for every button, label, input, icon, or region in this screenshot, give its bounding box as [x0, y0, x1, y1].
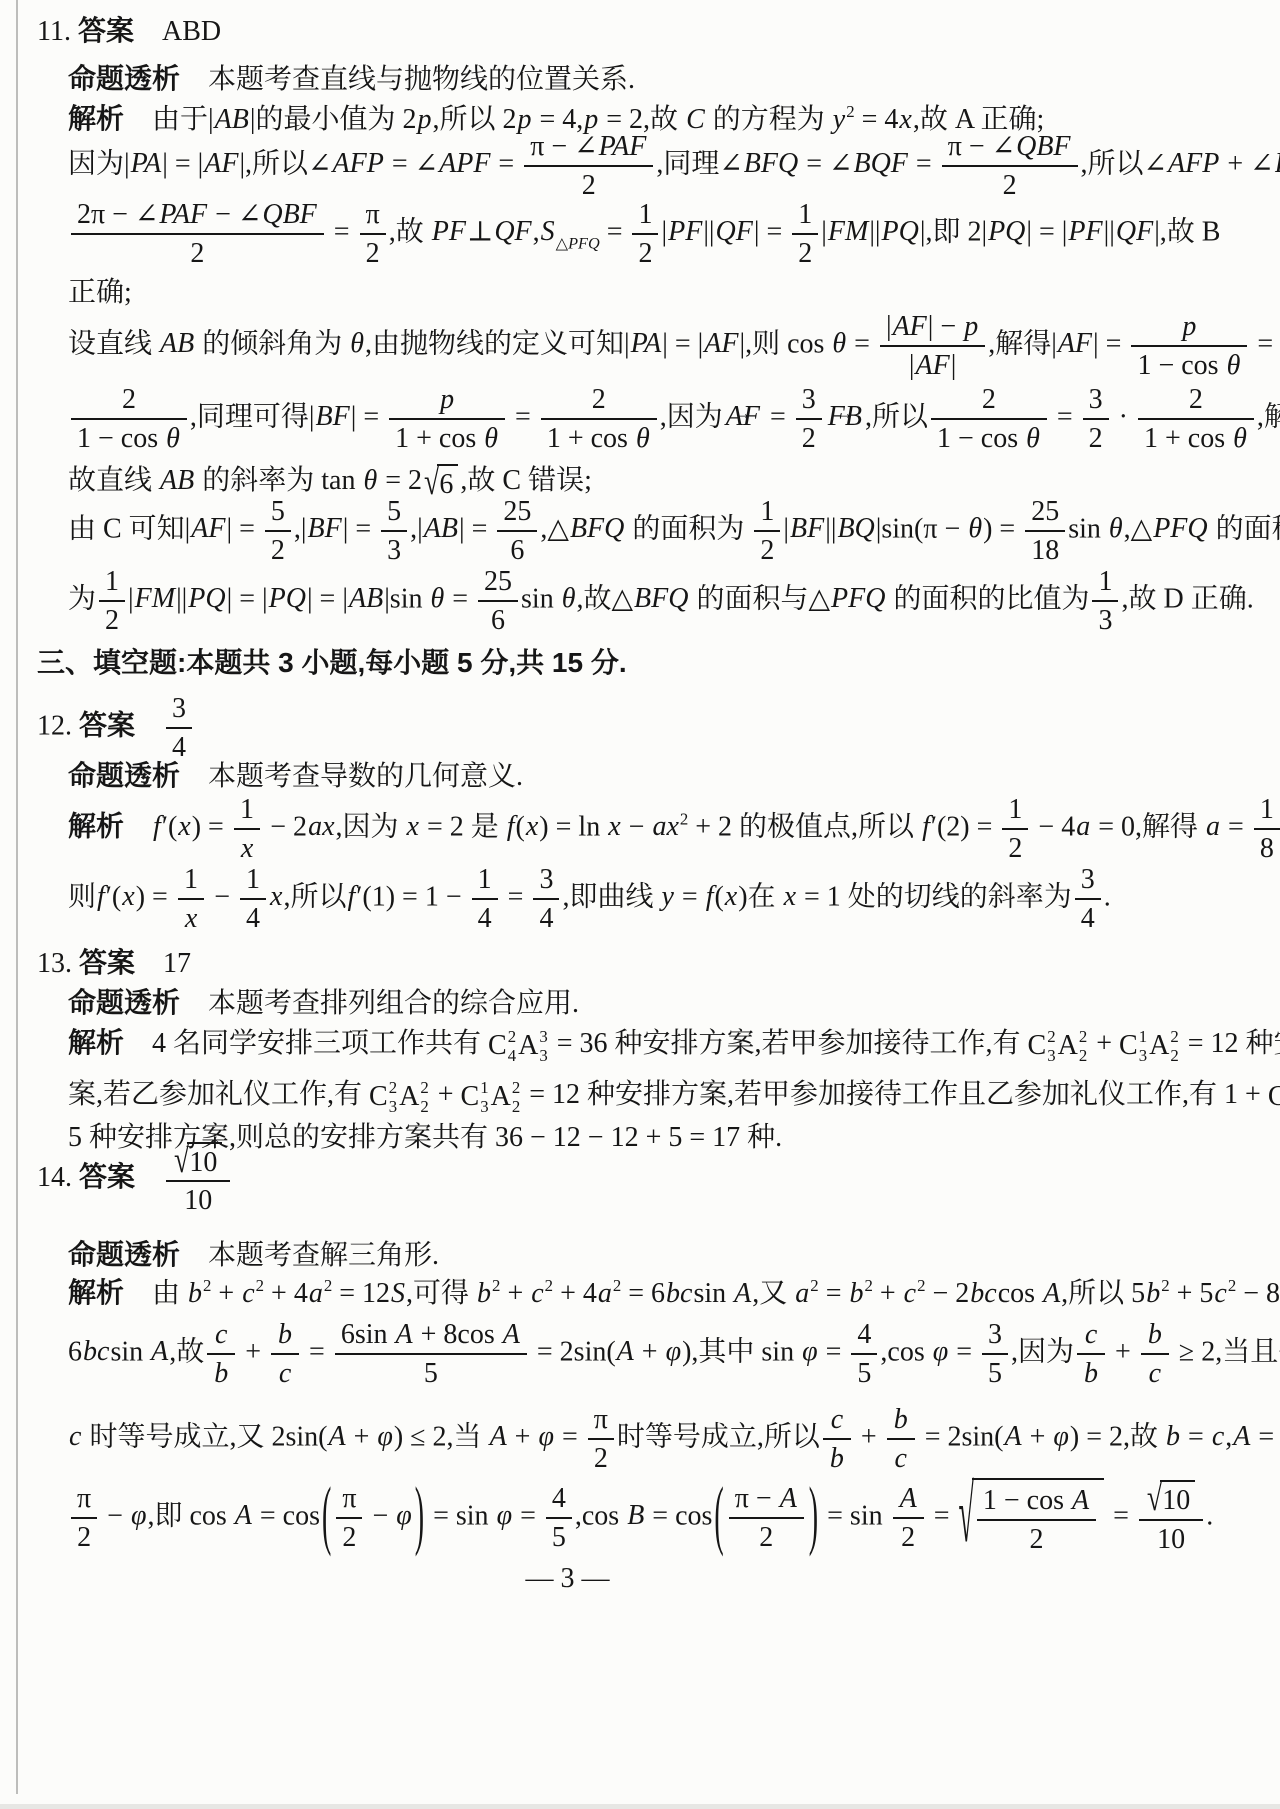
script-stack: A22 — [491, 1074, 523, 1120]
script-stack: C23 — [1028, 1023, 1058, 1069]
script-stack: A22 — [1149, 1023, 1181, 1069]
fraction: 12 — [754, 493, 780, 569]
fraction: π2 — [71, 1480, 97, 1556]
fraction: 12 — [99, 563, 125, 639]
fraction: 14 — [240, 861, 266, 937]
vector: AF — [726, 401, 760, 432]
fraction: 45 — [546, 1480, 572, 1556]
text-line: 则f′(x) = 1x − 14x,所以f′(1) = 1 − 14 = 34,… — [68, 861, 1111, 937]
fraction: 1x — [178, 861, 204, 937]
text-line: 案,若乙参加礼仪工作,有 C23A22 + C13A22 = 12 种安排方案,… — [68, 1072, 1280, 1120]
radical: √1 − cos A2 — [959, 1478, 1105, 1558]
fraction: π2 — [336, 1480, 362, 1556]
text-line: 由 C 可知|AF| = 52,|BF| = 53,|AB| = 256,△BF… — [68, 493, 1280, 569]
fraction: 21 + cos θ — [541, 381, 657, 457]
fraction: 2π − ∠PAF − ∠QBF2 — [71, 196, 324, 272]
fraction: 12 — [632, 196, 658, 272]
fraction: 14 — [472, 861, 498, 937]
text-line: 2π − ∠PAF − ∠QBF2 = π2,故 PF⊥QF,S△PFQ = 1… — [68, 196, 1220, 272]
page-number: — 3 — — [0, 1563, 1135, 1595]
script-stack: C13 — [1119, 1023, 1149, 1069]
fraction: 21 − cos θ — [931, 381, 1047, 457]
radical: √10 — [1147, 1480, 1195, 1518]
script-stack: C24 — [488, 1023, 518, 1069]
fraction: π2 — [588, 1401, 614, 1477]
text-line: π2 − φ,即 cos A = cos(π2 − φ) = sin φ = 4… — [68, 1478, 1213, 1558]
fraction: √1010 — [166, 1140, 230, 1219]
radical-sign-icon: √ — [174, 1142, 189, 1180]
text-line: 解析 4 名同学安排三项工作共有 C24A33 = 36 种安排方案,若甲参加接… — [68, 1020, 1280, 1069]
script-stack: C23 — [369, 1074, 399, 1120]
text-line: 14. 答案 √1010 — [37, 1140, 233, 1219]
fraction: p1 + cos θ — [389, 381, 505, 457]
paren-group: (π2 − φ) — [320, 1480, 426, 1556]
fraction: 32 — [796, 381, 822, 457]
fraction: 35 — [982, 1316, 1008, 1392]
fraction: 53 — [381, 493, 407, 569]
fraction: 18 — [1254, 791, 1280, 867]
fraction: 21 + cos θ — [1138, 381, 1254, 457]
vector: FB — [828, 401, 862, 432]
radical-sign-icon: √ — [1147, 1480, 1162, 1518]
fraction: |AF| − p|AF| — [880, 308, 985, 384]
text-line: 6bcsin A,故cb + bc = 6sin A + 8cos A5 = 2… — [68, 1316, 1280, 1392]
script-stack: C13 — [461, 1074, 491, 1120]
fraction: A2 — [893, 1480, 924, 1556]
fraction: 13 — [1092, 563, 1118, 639]
fraction: 1x — [234, 791, 260, 867]
text-line: 三、填空题:本题共 3 小题,每小题 5 分,共 15 分. — [37, 640, 627, 687]
radical: √10 — [174, 1142, 222, 1180]
script-stack: A22 — [399, 1074, 431, 1120]
text-line: 设直线 AB 的倾斜角为 θ,由抛物线的定义可知|PA| = |AF|,则 co… — [68, 308, 1273, 384]
fraction: π − ∠PAF2 — [524, 128, 653, 204]
fraction: 45 — [851, 1316, 877, 1392]
text-line: 为12|FM||PQ| = |PQ| = |AB|sin θ = 256sin … — [68, 563, 1254, 639]
fraction: 1 − cos A2 — [977, 1482, 1096, 1558]
fraction: cb — [207, 1316, 235, 1392]
fraction: cb — [823, 1401, 851, 1477]
fraction: 12 — [1002, 791, 1028, 867]
fraction: bc — [887, 1401, 915, 1477]
radical-sign-icon: √ — [959, 1478, 974, 1558]
page-bottom-edge — [0, 1804, 1280, 1809]
text-line: 21 − cos θ,同理可得|BF| = p1 + cos θ = 21 + … — [68, 381, 1280, 457]
fraction: 21 − cos θ — [71, 381, 187, 457]
text-line: 11. 答案 ABD — [37, 8, 221, 55]
fraction: π − A2 — [729, 1480, 804, 1556]
fraction: π2 — [360, 196, 386, 272]
exam-answer-page: 11. 答案 ABD命题透析 本题考查直线与抛物线的位置关系.解析 由于|AB|… — [0, 0, 1280, 1809]
script-stack: A22 — [1058, 1023, 1090, 1069]
fraction: π − ∠QBF2 — [942, 128, 1078, 204]
fraction: 52 — [265, 493, 291, 569]
text-line: 因为|PA| = |AF|,所以∠AFP = ∠APF = π − ∠PAF2,… — [68, 128, 1280, 204]
script-stack: C12 — [1268, 1074, 1280, 1120]
fraction: 256 — [497, 493, 537, 569]
fraction: 32 — [1083, 381, 1109, 457]
fraction: 12 — [792, 196, 818, 272]
fraction: 256 — [478, 563, 518, 639]
fraction: 6sin A + 8cos A5 — [335, 1316, 527, 1392]
document-body: 11. 答案 ABD命题透析 本题考查直线与抛物线的位置关系.解析 由于|AB|… — [0, 0, 1280, 1809]
fraction: p1 − cos θ — [1131, 308, 1247, 384]
text-line: 解析 f′(x) = 1x − 2ax,因为 x = 2 是 f(x) = ln… — [68, 791, 1280, 867]
fraction: bc — [271, 1316, 299, 1392]
fraction: 2518 — [1025, 493, 1065, 569]
script-stack: A33 — [518, 1023, 550, 1069]
paren-group: (π − A2) — [712, 1480, 820, 1556]
fraction: 34 — [1075, 861, 1101, 937]
text-line: c 时等号成立,又 2sin(A + φ) ≤ 2,当 A + φ = π2时等… — [68, 1401, 1274, 1477]
fraction: bc — [1141, 1316, 1169, 1392]
text-line: 解析 由 b2 + c2 + 4a2 = 12S,可得 b2 + c2 + 4a… — [68, 1270, 1280, 1317]
fraction: 34 — [533, 861, 559, 937]
fraction: cb — [1077, 1316, 1105, 1392]
fraction: √1010 — [1139, 1478, 1203, 1557]
